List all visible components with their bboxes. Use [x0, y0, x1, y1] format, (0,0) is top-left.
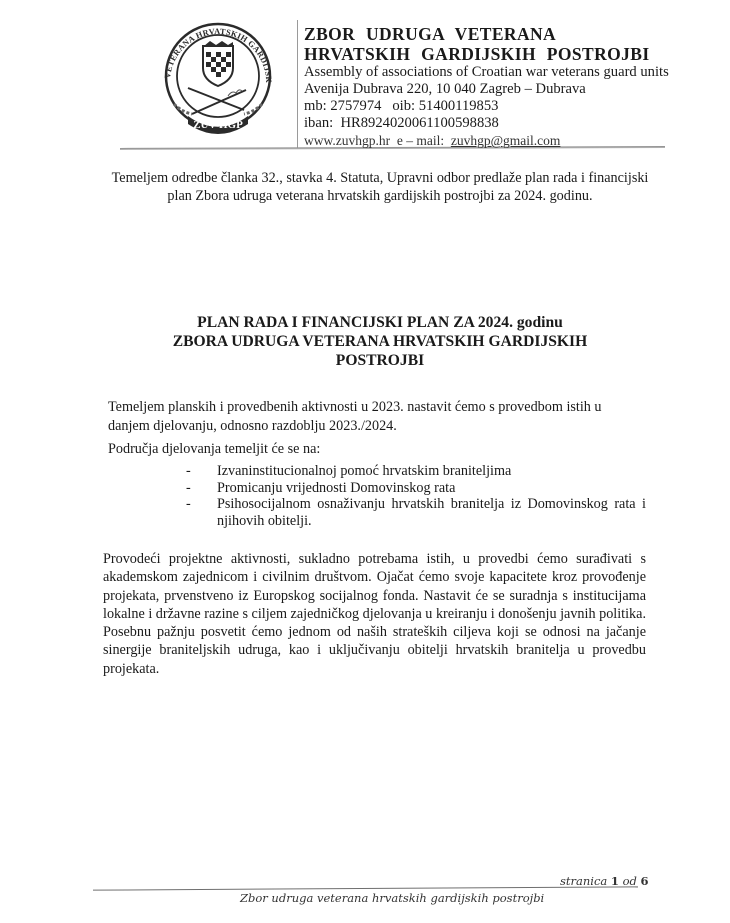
dash-bullet-icon: -	[186, 480, 191, 497]
organization-info: ZBOR UDRUGA VETERANA HRVATSKIH GARDIJSKI…	[304, 25, 724, 149]
footer-organization: Zbor udruga veterana hrvatskih gardijski…	[240, 891, 544, 905]
list-item: -Psihosocijalnom osnaživanju hrvatskih b…	[186, 496, 646, 529]
body-paragraph-2: Područja djelovanja temeljit će se na:	[108, 440, 643, 459]
footer-rule	[93, 886, 638, 890]
org-iban: iban: HR8924020061100598838	[304, 115, 724, 132]
title-line1: PLAN RADA I FINANCIJSKI PLAN ZA 2024. go…	[120, 313, 640, 332]
email-link[interactable]: zuvhgp@gmail.com	[451, 133, 561, 148]
title-line3: POSTROJBI	[120, 351, 640, 370]
activity-areas-list: -Izvaninstitucionalnoj pomoć hrvatskim b…	[186, 463, 646, 529]
org-name-english: Assembly of associations of Croatian war…	[304, 64, 724, 81]
org-name-line2: HRVATSKIH GARDIJSKIH POSTROJBI	[304, 45, 724, 65]
document-title: PLAN RADA I FINANCIJSKI PLAN ZA 2024. go…	[120, 313, 640, 370]
intro-statement: Temeljem odredbe članka 32., stavka 4. S…	[100, 170, 660, 205]
org-name-line1: ZBOR UDRUGA VETERANA	[304, 25, 724, 45]
svg-text:ZUV HGP: ZUV HGP	[193, 119, 243, 131]
title-line2: ZBORA UDRUGA VETERANA HRVATSKIH GARDIJSK…	[120, 332, 640, 351]
org-contact: www.zuvhgp.hr e – mail: zuvhgp@gmail.com	[304, 132, 724, 149]
email-label: e – mail:	[397, 133, 444, 148]
body-paragraph-3: Provodeći projektne aktivnosti, sukladno…	[103, 550, 646, 678]
dash-bullet-icon: -	[186, 496, 191, 513]
organization-logo: ZBOR UDRUGA VETERANA HRVATSKIH GARDIJSKI…	[148, 16, 288, 134]
dash-bullet-icon: -	[186, 463, 191, 480]
page-total: 6	[641, 874, 649, 888]
list-item: -Promicanju vrijednosti Domovinskog rata	[186, 480, 646, 497]
org-address: Avenija Dubrava 220, 10 040 Zagreb – Dub…	[304, 81, 724, 98]
body-paragraph-1: Temeljem planskih i provedbenih aktivnos…	[108, 398, 643, 435]
header-vertical-divider	[297, 20, 298, 148]
list-item: -Izvaninstitucionalnoj pomoć hrvatskim b…	[186, 463, 646, 480]
website-link[interactable]: www.zuvhgp.hr	[304, 133, 390, 148]
zuv-hgp-emblem-icon: ZBOR UDRUGA VETERANA HRVATSKIH GARDIJSKI…	[148, 16, 288, 134]
org-registration-ids: mb: 2757974 oib: 51400119853	[304, 98, 724, 115]
